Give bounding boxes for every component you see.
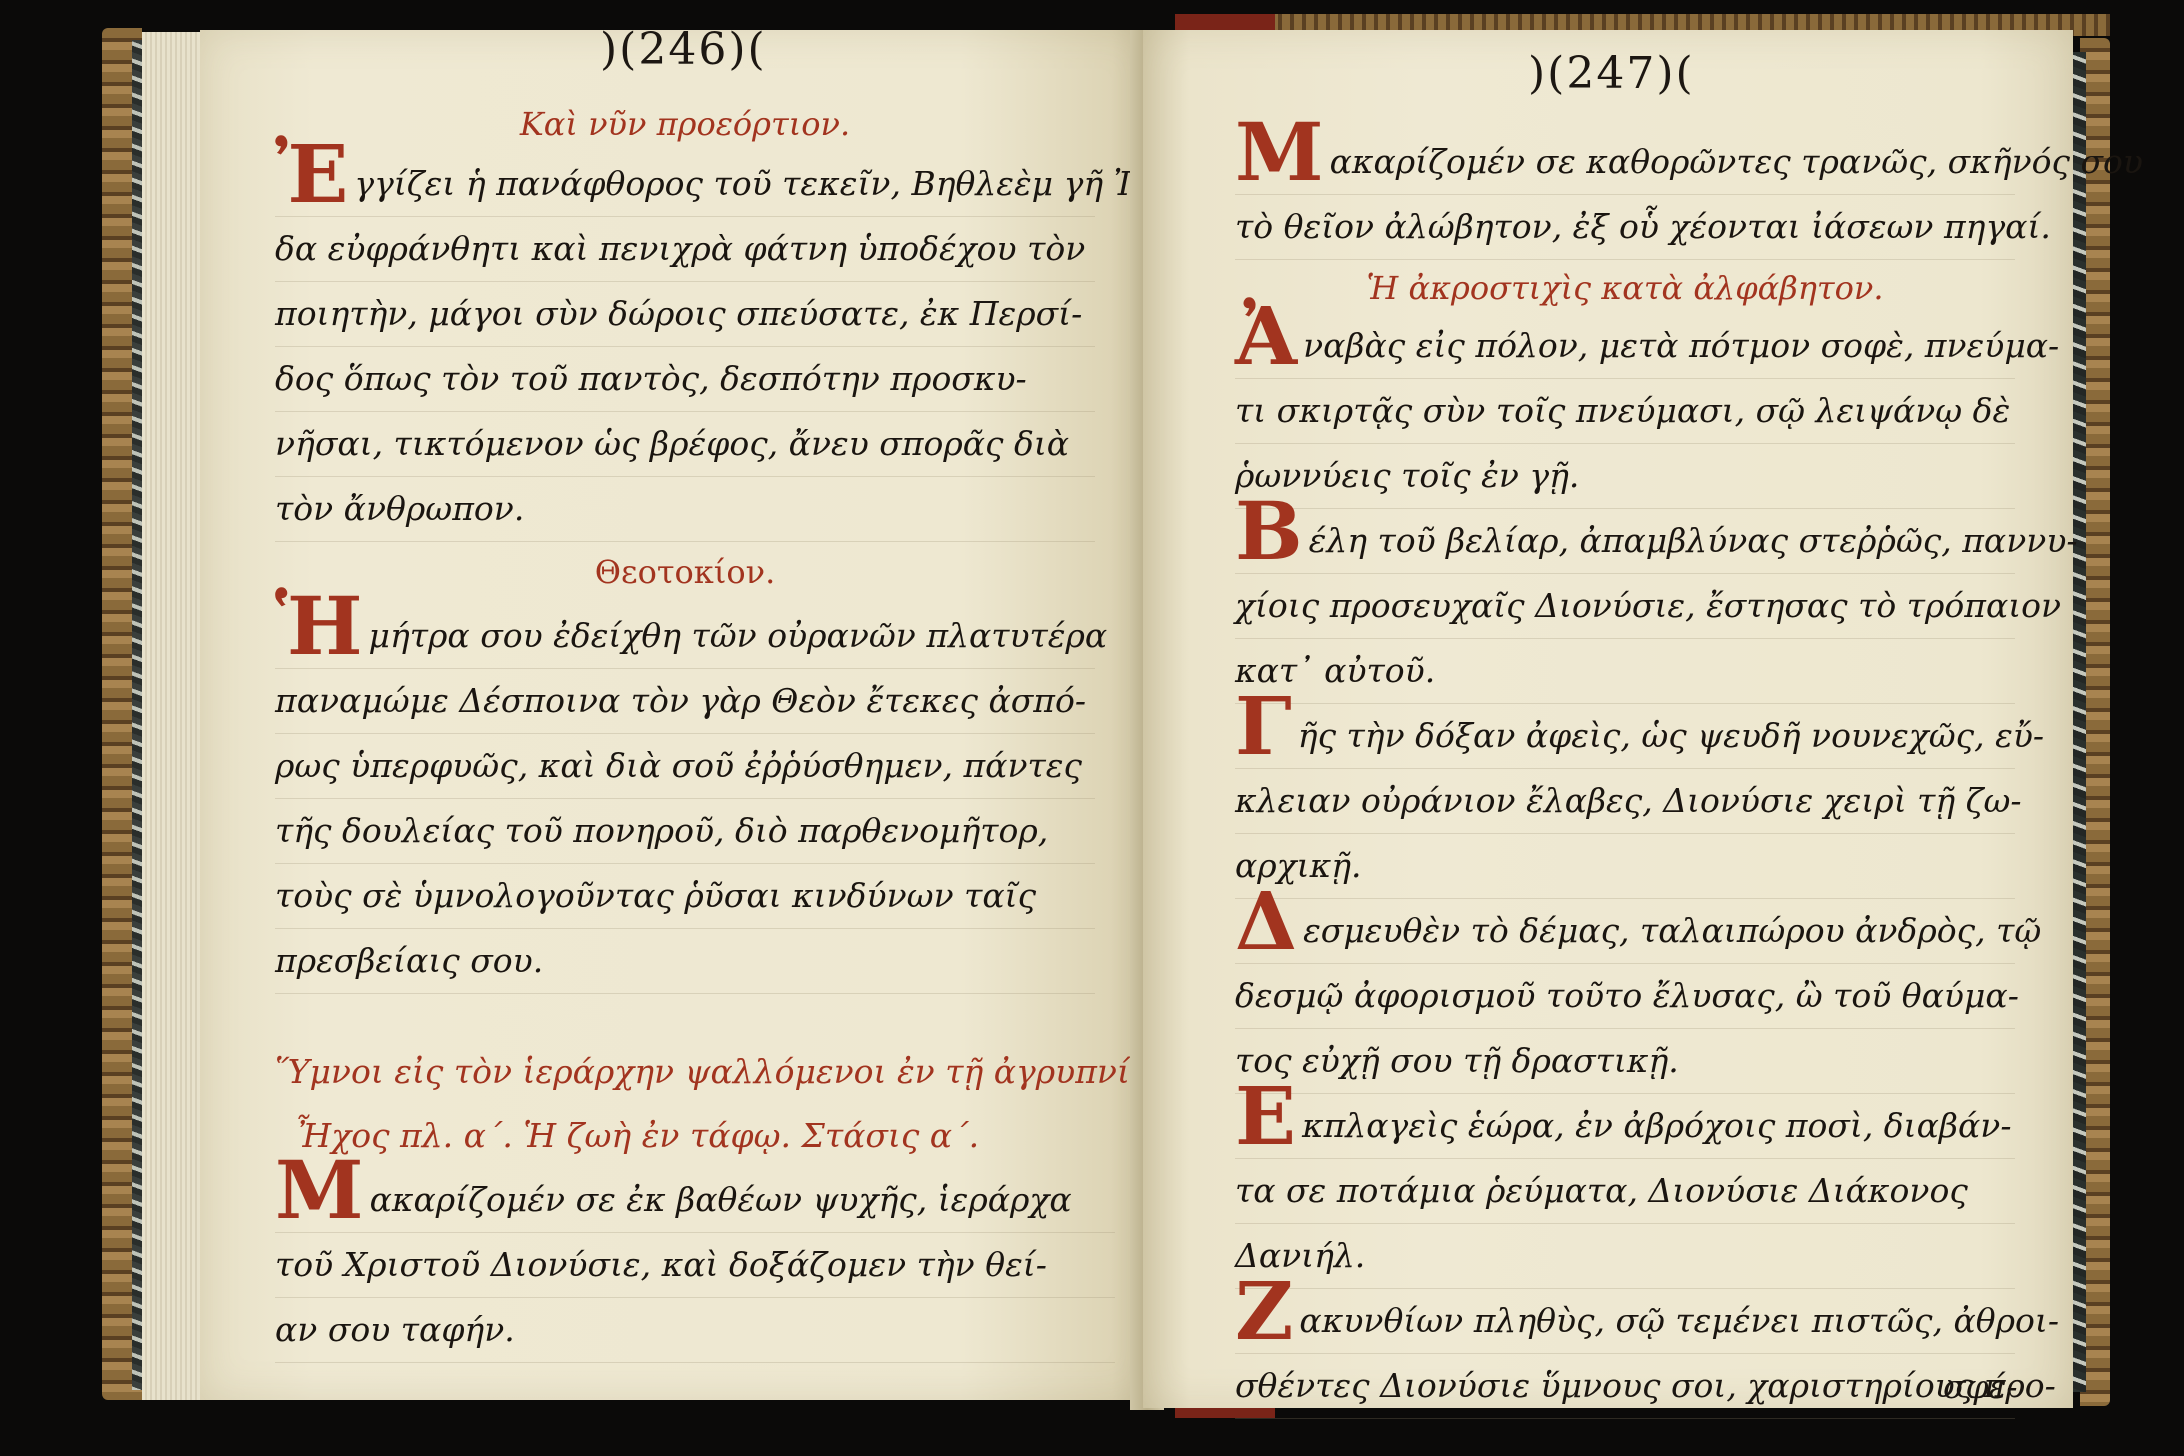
text-line: δος ὅπως τὸν τοῦ παντὸς, δεσπότην προσκυ…	[275, 347, 1095, 412]
catchword: σφέ-	[1943, 1355, 2018, 1419]
text-line: ῆς τὴν δόξαν ἀφεὶς, ὡς ψευδῆ νουνεχῶς, ε…	[1298, 716, 2044, 755]
section-heading: Ὕμνοι εἰς τὸν ἱεράρχην ψαλλόμενοι ἐν τῇ …	[275, 1040, 1115, 1104]
text-line: ρως ὑπερφυῶς, καὶ διὰ σοῦ ἐῤῥύσθημεν, πά…	[275, 734, 1095, 799]
text-line: ναβὰς εἰς πόλον, μετὰ πότμον σοφὲ, πνεύμ…	[1303, 326, 2059, 365]
text-line: σθέντες Διονύσιε ὕμνους σοι, χαριστηρίου…	[1235, 1354, 2015, 1419]
section-makarizomen: Μακαρίζομέν σε καθορῶντες τρανῶς, σκῆνός…	[1235, 130, 2015, 316]
text-line: τὸν ἄνθρωπον.	[275, 477, 1095, 542]
text-line: αν σου ταφήν.	[275, 1298, 1115, 1363]
section-heading: Θεοτοκίον.	[275, 540, 1095, 604]
text-line: δα εὐφράνθητι καὶ πενιχρὰ φάτνη ὑποδέχου…	[275, 217, 1095, 282]
text-line: νῆσαι, τικτόμενον ὡς βρέφος, ἄνευ σπορᾶς…	[275, 412, 1095, 477]
page-edges-left	[142, 32, 202, 1400]
red-initial: Ἐ	[275, 134, 348, 214]
text-line: χίοις προσευχαῖς Διονύσιε, ἔστησας τὸ τρ…	[1235, 574, 2015, 639]
text-line: τος εὐχῇ σου τῇ δραστικῇ.	[1235, 1029, 2015, 1094]
red-page-edge-top	[1175, 14, 1275, 30]
text-line: τὸ θεῖον ἀλώβητον, ἐξ οὗ χέονται ἰάσεων …	[1235, 195, 2015, 260]
text-line: τι σκιρτᾷς σὺν τοῖς πνεύμασι, σῷ λειψάνῳ…	[1235, 379, 2015, 444]
red-initial: Ἀ	[1235, 296, 1297, 376]
text-line: γγίζει ἡ πανάφθορος τοῦ τεκεῖν, Βηθλεὲμ …	[354, 164, 1181, 203]
red-initial: Ἡ	[275, 586, 363, 666]
section-proeortion: Καὶ νῦν προεόρτιον. Ἐγγίζει ἡ πανάφθορος…	[275, 96, 1095, 542]
text-line: παναμώμε Δέσποινα τὸν γὰρ Θεὸν ἔτεκες ἀσ…	[275, 669, 1095, 734]
stanza-zeta: Ζακυνθίων πληθὺς, σῷ τεμένει πιστῶς, ἀθρ…	[1235, 1289, 2015, 1419]
page-number: )(247)(	[1528, 48, 1695, 99]
stanza-gamma: Γῆς τὴν δόξαν ἀφεὶς, ὡς ψευδῆ νουνεχῶς, …	[1235, 704, 2015, 899]
text-line: τοῦ Χριστοῦ Διονύσιε, καὶ δοξάζομεν τὴν …	[275, 1233, 1115, 1298]
stanza-delta: Δεσμευθὲν τὸ δέμας, ταλαιπώρου ἀνδρὸς, τ…	[1235, 899, 2015, 1094]
text-line: τοὺς σὲ ὑμνολογοῦντας ῥῦσαι κινδύνων ταῖ…	[275, 864, 1095, 929]
section-heading: Καὶ νῦν προεόρτιον.	[275, 96, 1095, 152]
section-heading: Ἡ ἀκροστιχὶς κατὰ ἀλφάβητον.	[1235, 260, 2015, 316]
text-line: ακυνθίων πληθὺς, σῷ τεμένει πιστῶς, ἀθρο…	[1299, 1301, 2059, 1340]
text-line: κπλαγεὶς ἑώρα, ἐν ἀβρόχοις ποσὶ, διαβάν-	[1302, 1106, 2011, 1145]
stanza-beta: Βέλη τοῦ βελίαρ, ἀπαμβλύνας στεῤῥῶς, παν…	[1235, 509, 2015, 704]
text-line: κλειαν οὐράνιον ἔλαβες, Διονύσιε χειρὶ τ…	[1235, 769, 2015, 834]
text-line: ακαρίζομέν σε ἐκ βαθέων ψυχῆς, ἱεράρχα	[370, 1180, 1072, 1219]
marbled-endpaper-right	[2072, 52, 2086, 1392]
section-theotokion: Θεοτοκίον. Ἡμήτρα σου ἐδείχθη τῶν οὐρανῶ…	[275, 540, 1095, 994]
text-line: τῆς δουλείας τοῦ πονηροῦ, διὸ παρθενομῆτ…	[275, 799, 1095, 864]
text-line: έλη τοῦ βελίαρ, ἀπαμβλύνας στεῤῥῶς, πανν…	[1309, 521, 2078, 560]
text-line: Δανιήλ.	[1235, 1224, 2015, 1289]
text-line: τα σε ποτάμια ῥεύματα, Διονύσιε Διάκονος	[1235, 1159, 2015, 1224]
text-line: αρχικῇ.	[1235, 834, 2015, 899]
text-line: δεσμῷ ἀφορισμοῦ τοῦτο ἔλυσας, ὢ τοῦ θαύμ…	[1235, 964, 2015, 1029]
text-line: ῥωννύεις τοῖς ἐν γῇ.	[1235, 444, 2015, 509]
text-line: μήτρα σου ἐδείχθη τῶν οὐρανῶν πλατυτέρα	[369, 616, 1108, 655]
stanza-alpha: Ἀναβὰς εἰς πόλον, μετὰ πότμον σοφὲ, πνεύ…	[1235, 314, 2015, 509]
acrostic-stanzas: Ἀναβὰς εἰς πόλον, μετὰ πότμον σοφὲ, πνεύ…	[1235, 314, 2015, 1419]
text-line: εσμευθὲν τὸ δέμας, ταλαιπώρου ἀνδρὸς, τῷ	[1303, 911, 2041, 950]
right-page: )(247)( Μακαρίζομέν σε καθορῶντες τρανῶς…	[1143, 30, 2073, 1408]
page-number: )(246)(	[600, 24, 767, 75]
section-subheading: Ἦχος πλ. α΄. Ἡ ζωὴ ἐν τάφῳ. Στάσις α΄.	[275, 1104, 1115, 1168]
text-line: πρεσβείαις σου.	[275, 929, 1095, 994]
red-initial: Μ	[1235, 112, 1324, 192]
text-line: κατ᾽ αὐτοῦ.	[1235, 639, 2015, 704]
stanza-epsilon: Εκπλαγεὶς ἑώρα, ἐν ἀβρόχοις ποσὶ, διαβάν…	[1235, 1094, 2015, 1289]
text-line: ποιητὴν, μάγοι σὺν δώροις σπεύσατε, ἐκ Π…	[275, 282, 1095, 347]
left-page: )(246)( Καὶ νῦν προεόρτιον. Ἐγγίζει ἡ πα…	[200, 30, 1150, 1400]
text-line: ακαρίζομέν σε καθορῶντες τρανῶς, σκῆνός …	[1330, 142, 2143, 181]
section-hymns: Ὕμνοι εἰς τὸν ἱεράρχην ψαλλόμενοι ἐν τῇ …	[275, 1040, 1115, 1363]
